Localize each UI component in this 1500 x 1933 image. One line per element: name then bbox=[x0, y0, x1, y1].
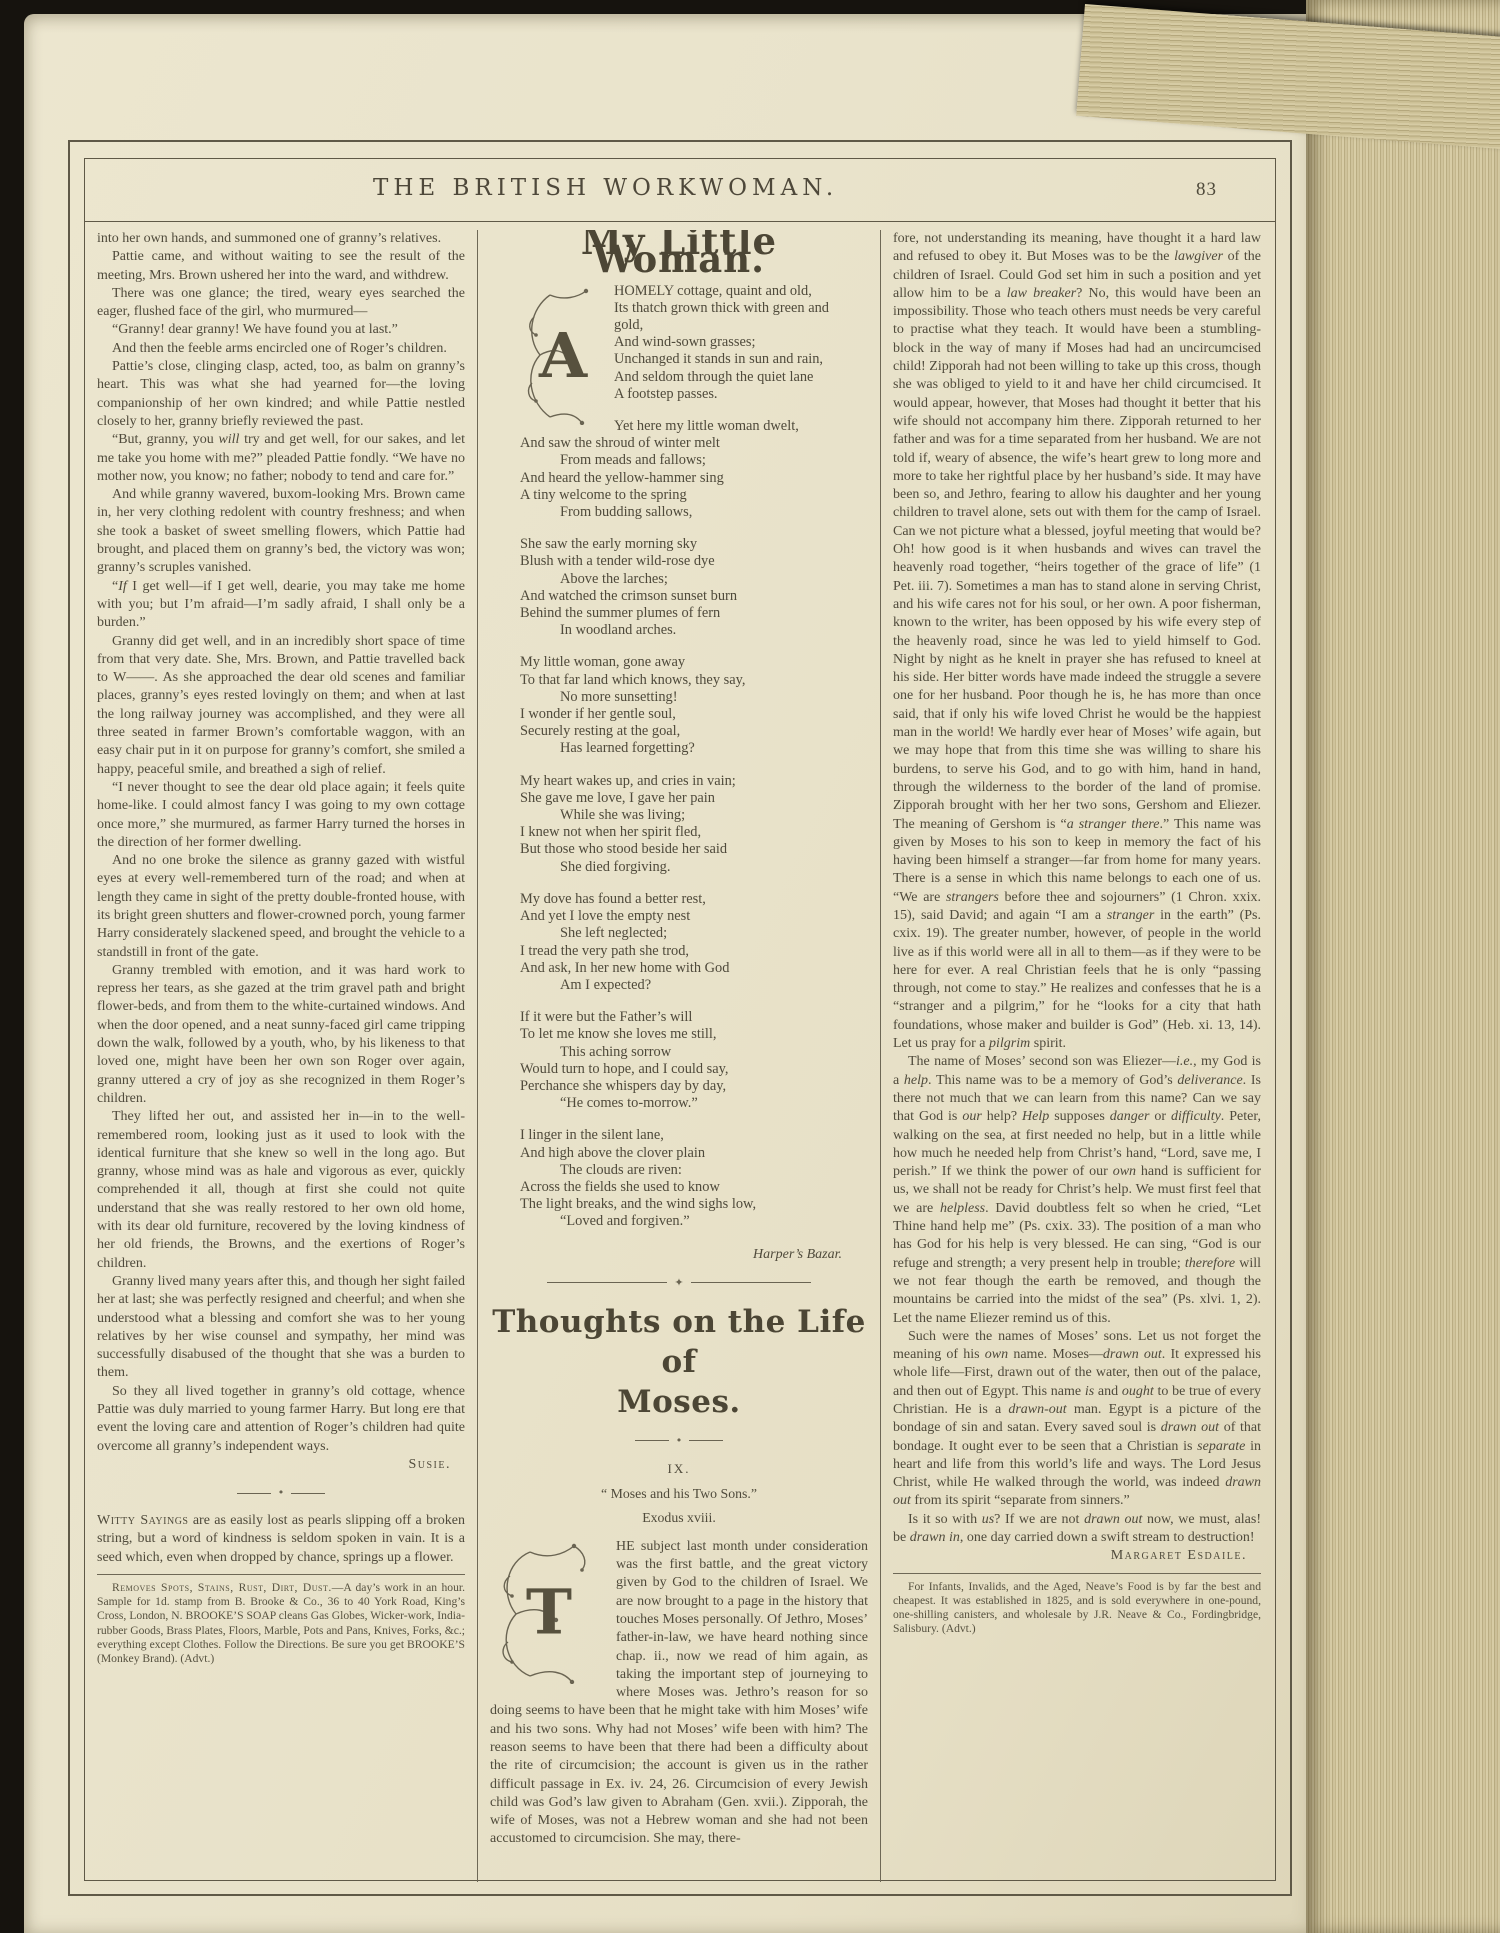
poem-line: I linger in the silent lane, bbox=[520, 1127, 868, 1144]
poem-stanza: I linger in the silent lane,And high abo… bbox=[520, 1127, 868, 1230]
poem-stanza: My little woman, gone awayTo that far la… bbox=[520, 654, 868, 757]
page-number: 83 bbox=[1196, 179, 1217, 201]
story-paragraph: They lifted her out, and assisted her in… bbox=[97, 1108, 465, 1273]
story-paragraph: “But, granny, you will try and get well,… bbox=[97, 431, 465, 486]
poem-stanza: Yet here my little woman dwelt,And saw t… bbox=[520, 418, 868, 521]
chapter-subtitle: “ Moses and his Two Sons.” bbox=[490, 1485, 868, 1503]
moses-intro: T HE subject last month under considerat… bbox=[490, 1538, 868, 1849]
story-paragraph: And no one broke the silence as granny g… bbox=[97, 852, 465, 962]
column-divider-rule bbox=[477, 230, 478, 1882]
advert-rule bbox=[893, 1573, 1261, 1574]
poem-line: While she was living; bbox=[560, 807, 868, 824]
poem-line: This aching sorrow bbox=[560, 1044, 868, 1061]
columns: into her own hands, and summoned one of … bbox=[85, 222, 1275, 1882]
poem-line: gold, bbox=[586, 317, 868, 334]
column-1-story: into her own hands, and summoned one of … bbox=[97, 230, 465, 1874]
story-paragraph: “I never thought to see the dear old pla… bbox=[97, 779, 465, 852]
witty-sayings-lead: Witty Sayings bbox=[97, 1513, 188, 1528]
advert-lead: Removes Spots, Stains, Rust, Dirt, Dust. bbox=[112, 1581, 332, 1594]
scripture-reference: Exodus xviii. bbox=[490, 1509, 868, 1527]
moses-paragraph: The name of Moses’ second son was Elieze… bbox=[893, 1053, 1261, 1327]
poem-line: And watched the crimson sunset burn bbox=[520, 588, 868, 605]
moses-title-line1: Thoughts on the Life of bbox=[492, 1304, 866, 1380]
story-paragraph: Pattie came, and without waiting to see … bbox=[97, 248, 465, 285]
poem-line: From meads and fallows; bbox=[560, 452, 868, 469]
dropcap-ornament-T: T bbox=[490, 1542, 608, 1684]
poem-line: No more sunsetting! bbox=[560, 689, 868, 706]
moses-divider-ornament: • bbox=[490, 1436, 868, 1446]
story-paragraph: And then the feeble arms encircled one o… bbox=[97, 340, 465, 358]
poem-line: She gave me love, I gave her pain bbox=[520, 790, 868, 807]
moses-paragraphs: The name of Moses’ second son was Elieze… bbox=[893, 1053, 1261, 1547]
story-paragraph: “If I get well—if I get well, dearie, yo… bbox=[97, 578, 465, 633]
poem-line: To that far land which knows, they say, bbox=[520, 672, 868, 689]
poem-stanza: If it were but the Father’s willTo let m… bbox=[520, 1009, 868, 1112]
section-divider-ornament: • bbox=[97, 1488, 465, 1498]
neaves-food-advert: For Infants, Invalids, and the Aged, Nea… bbox=[893, 1580, 1261, 1637]
chapter-number: IX. bbox=[490, 1460, 868, 1478]
poem-line: In woodland arches. bbox=[560, 622, 868, 639]
column-2-poem-and-moses: My Little Woman. bbox=[490, 230, 868, 1874]
story-paragraph: Granny lived many years after this, and … bbox=[97, 1273, 465, 1383]
dot-ornament-icon: • bbox=[676, 1436, 683, 1446]
story-paragraph: Granny did get well, and in an incredibl… bbox=[97, 633, 465, 779]
poem-line: A footstep passes. bbox=[560, 386, 868, 403]
story-paragraphs: Pattie came, and without waiting to see … bbox=[97, 248, 465, 1456]
page-inner-border: THE BRITISH WORKWOMAN. 83 into her own h… bbox=[84, 158, 1276, 1881]
poem-line: I tread the very path she trod, bbox=[520, 943, 868, 960]
author-signature: Susie. bbox=[97, 1456, 465, 1474]
poem-line: My little woman, gone away bbox=[520, 654, 868, 671]
poem-line: Securely resting at the goal, bbox=[520, 723, 868, 740]
poem-line: To let me know she loves me still, bbox=[520, 1026, 868, 1043]
moses-article-title: Thoughts on the Life ofMoses. bbox=[490, 1302, 868, 1422]
poem-line: And heard the yellow-hammer sing bbox=[520, 470, 868, 487]
publication-title: THE BRITISH WORKWOMAN. bbox=[373, 175, 838, 201]
moses-paragraph: Is it so with us? If we are not drawn ou… bbox=[893, 1511, 1261, 1548]
diamond-ornament-icon: • bbox=[278, 1488, 285, 1498]
poem-line: Blush with a tender wild-rose dye bbox=[520, 553, 868, 570]
story-paragraph: “Granny! dear granny! We have found you … bbox=[97, 321, 465, 339]
poem-line: And high above the clover plain bbox=[520, 1145, 868, 1162]
poem-line: Am I expected? bbox=[560, 977, 868, 994]
poem-line: And yet I love the empty nest bbox=[520, 908, 868, 925]
poem-line: Has learned forgetting? bbox=[560, 740, 868, 757]
brookes-soap-advert: Removes Spots, Stains, Rust, Dirt, Dust.… bbox=[97, 1581, 465, 1666]
poem-line: And ask, In her new home with God bbox=[520, 960, 868, 977]
story-paragraph: There was one glance; the tired, weary e… bbox=[97, 285, 465, 322]
poem-stanzas: HOMELY cottage, quaint and old,Its thatc… bbox=[520, 283, 868, 1231]
poem-line: Perchance she whispers day by day, bbox=[520, 1078, 868, 1095]
poem-line: Behind the summer plumes of fern bbox=[520, 605, 868, 622]
poem-line: I wonder if her gentle soul, bbox=[520, 706, 868, 723]
advert-rule bbox=[97, 1574, 465, 1575]
poem-line: But those who stood beside her said bbox=[520, 841, 868, 858]
moses-paragraph: Such were the names of Moses’ sons. Let … bbox=[893, 1328, 1261, 1511]
poem-line: The clouds are riven: bbox=[560, 1162, 868, 1179]
dropcap-letter: A bbox=[539, 347, 587, 364]
poem-attribution: Harper’s Bazar. bbox=[490, 1246, 868, 1264]
poem-line: If it were but the Father’s will bbox=[520, 1009, 868, 1026]
poem-stanza: She saw the early morning skyBlush with … bbox=[520, 536, 868, 639]
dropcap-letter: T bbox=[526, 1603, 572, 1621]
poem-line: She left neglected; bbox=[560, 925, 868, 942]
poem-line: Would turn to hope, and I could say, bbox=[520, 1061, 868, 1078]
moses-paragraph: fore, not understanding its meaning, hav… bbox=[893, 230, 1261, 1053]
story-paragraph: Granny trembled with emotion, and it was… bbox=[97, 962, 465, 1108]
poem-title: My Little Woman. bbox=[490, 232, 868, 269]
poem-line: She saw the early morning sky bbox=[520, 536, 868, 553]
poem-stanza: My heart wakes up, and cries in vain;She… bbox=[520, 773, 868, 876]
poem-line: My dove has found a better rest, bbox=[520, 891, 868, 908]
poem-line: The light breaks, and the wind sighs low… bbox=[520, 1196, 868, 1213]
story-paragraph: And while granny wavered, buxom-looking … bbox=[97, 486, 465, 577]
poem-line: From budding sallows, bbox=[560, 504, 868, 521]
cross-ornament-icon: ✦ bbox=[674, 1278, 683, 1288]
story-paragraph: Pattie’s close, clinging clasp, acted, t… bbox=[97, 358, 465, 431]
poem-line: Above the larches; bbox=[560, 571, 868, 588]
poem-line: “He comes to-morrow.” bbox=[560, 1095, 868, 1112]
article-divider-ornament: ✦ bbox=[490, 1278, 868, 1288]
poem-line: I knew not when her spirit fled, bbox=[520, 824, 868, 841]
dropcap-ornament-A: A bbox=[520, 287, 606, 425]
column-divider-rule bbox=[880, 230, 881, 1882]
poem-line: My heart wakes up, and cries in vain; bbox=[520, 773, 868, 790]
poem: A HOMELY cottage, quaint and old,Its tha… bbox=[490, 283, 868, 1246]
poem-line: And saw the shroud of winter melt bbox=[520, 435, 868, 452]
moses-title-line2: Moses. bbox=[617, 1384, 740, 1420]
poem-line: A tiny welcome to the spring bbox=[520, 487, 868, 504]
column-3-moses-continued: fore, not understanding its meaning, hav… bbox=[893, 230, 1261, 1874]
page-border: THE BRITISH WORKWOMAN. 83 into her own h… bbox=[68, 140, 1292, 1896]
author-signature: Margaret Esdaile. bbox=[893, 1547, 1261, 1565]
story-paragraph: into her own hands, and summoned one of … bbox=[97, 230, 465, 248]
book-fore-edge bbox=[1306, 0, 1500, 1933]
poem-stanza: My dove has found a better rest,And yet … bbox=[520, 891, 868, 994]
poem-line: “Loved and forgiven.” bbox=[560, 1213, 868, 1230]
poem-line: She died forgiving. bbox=[560, 859, 868, 876]
poem-line: Across the fields she used to know bbox=[520, 1179, 868, 1196]
poem-line: And wind-sown grasses; bbox=[560, 334, 868, 351]
witty-sayings-paragraph: Witty Sayings are as easily lost as pear… bbox=[97, 1512, 465, 1567]
masthead: THE BRITISH WORKWOMAN. 83 bbox=[85, 159, 1275, 222]
story-paragraph: So they all lived together in granny’s o… bbox=[97, 1383, 465, 1456]
